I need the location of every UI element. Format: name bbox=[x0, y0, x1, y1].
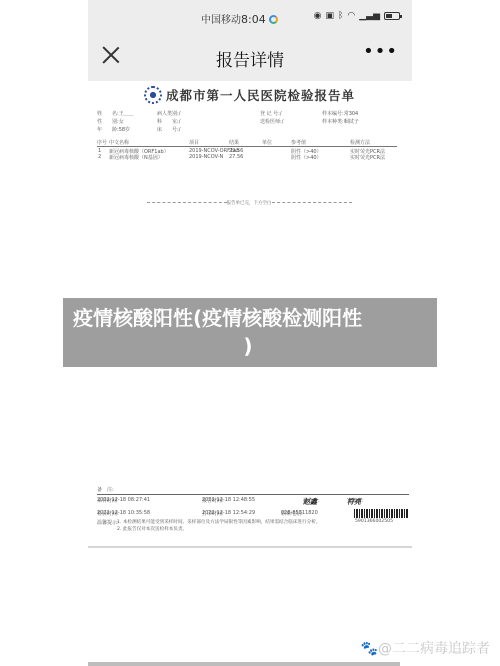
barcode-number: 5901366002505 bbox=[355, 519, 393, 524]
results-table: 序号 中文名称 项目 结果 单位 参考值 检测方法 1 新冠病毒核酸（ORF1a… bbox=[97, 139, 397, 161]
wifi-icon: ◠ bbox=[347, 11, 355, 21]
sample-type: 咽拭子 bbox=[344, 119, 359, 125]
more-options-icon[interactable]: ••• bbox=[363, 47, 398, 57]
reference-value: 阴性（>40） bbox=[291, 154, 322, 161]
bed-no: / bbox=[179, 127, 181, 133]
column-header: 序号 bbox=[97, 139, 107, 146]
info-label: 姓 名: bbox=[97, 111, 119, 117]
dashed-divider bbox=[272, 202, 352, 203]
referring-doctor: / bbox=[282, 119, 284, 125]
column-header: 项目 bbox=[189, 139, 199, 146]
title-line-1: 疫情核酸阳性(疫情核酸检测阳性 bbox=[73, 306, 362, 330]
info-label: 病人类别: bbox=[157, 111, 179, 117]
info-label: 样本编号: bbox=[322, 111, 344, 117]
reviewer-signature: 符亮 bbox=[347, 497, 361, 507]
clock: 8:04 bbox=[241, 13, 266, 26]
signal-icon: ▁▃▅ bbox=[359, 11, 380, 21]
phone-number: 028-85311820 bbox=[281, 510, 318, 516]
report-end-notice: 报告单已完，下方空白 bbox=[136, 200, 362, 206]
info-label: 样本种类: bbox=[322, 119, 344, 125]
report-time: 2022-12-18 12:48:55 bbox=[202, 497, 255, 503]
sample-time: 2022-12-18 08:27:41 bbox=[97, 497, 150, 503]
hospital-name: 成都市第一人民医院检验报告单 bbox=[166, 86, 355, 104]
status-icons: ◉ ▣ ᛒ ◠ ▁▃▅ bbox=[314, 11, 400, 21]
table-header: 序号 中文名称 项目 结果 单位 参考值 检测方法 bbox=[97, 139, 397, 147]
info-row: 姓 名:王＿＿ 病人类别:/ 登 记 号:/ 样本编号:常304 bbox=[97, 110, 407, 118]
test-code: 2019-NCOV-N bbox=[189, 154, 223, 160]
reminder-1: 1. 本检测结果可能受到采样时间、采样部位及方法学局限性等因素影响，结果需结合临… bbox=[117, 519, 320, 525]
info-label: 登 记 号: bbox=[260, 111, 280, 117]
app-notification-icon bbox=[269, 15, 278, 24]
carrier-label: 中国移动 bbox=[201, 15, 241, 26]
info-label: 科 室: bbox=[157, 119, 179, 125]
bottom-divider bbox=[88, 662, 400, 666]
nav-bar: 报告详情 ••• bbox=[88, 34, 412, 81]
eye-icon: ◉ bbox=[314, 11, 322, 21]
divider bbox=[88, 546, 412, 548]
info-label: 送检医师: bbox=[260, 119, 282, 125]
report-header: 成都市第一人民医院检验报告单 bbox=[88, 81, 412, 105]
column-header: 单位 bbox=[262, 139, 272, 146]
end-notice-text: 报告单已完，下方空白 bbox=[227, 201, 272, 206]
test-result: 27.56 bbox=[229, 154, 243, 160]
lab-report: 成都市第一人民医院检验报告单 姓 名:王＿＿ 病人类别:/ 登 记 号:/ 样本… bbox=[88, 81, 412, 105]
table-row: 2 新冠病毒核酸（N基因） 2019-NCOV-N 27.56 阴性（>40） … bbox=[97, 154, 397, 161]
info-row: 年 龄:58岁 床 号:/ bbox=[97, 126, 407, 134]
article-title-overlay: 疫情核酸阳性(疫情核酸检测阳性 ) bbox=[63, 298, 437, 367]
info-label: 床 号: bbox=[157, 127, 179, 133]
battery-icon bbox=[384, 12, 400, 20]
column-header: 结果 bbox=[229, 139, 239, 146]
title-line-2: ) bbox=[73, 332, 423, 360]
status-bar: 中国移动8:04 ◉ ▣ ᛒ ◠ ▁▃▅ bbox=[88, 0, 412, 34]
info-label: 性 别: bbox=[97, 119, 119, 125]
sample-no: 常304 bbox=[344, 111, 359, 117]
patient-category: / bbox=[179, 111, 181, 117]
test-method: 实时荧光PCR法 bbox=[350, 154, 385, 161]
info-label: 年 龄: bbox=[97, 127, 119, 133]
department: / bbox=[179, 119, 181, 125]
reminder-label: 温馨提示: bbox=[97, 519, 119, 526]
dashed-divider bbox=[147, 202, 227, 203]
test-name: 新冠病毒核酸（N基因） bbox=[109, 154, 163, 161]
patient-sex: 女 bbox=[119, 119, 124, 125]
carrier-time: 中国移动8:04 bbox=[201, 11, 278, 26]
column-header: 中文名称 bbox=[109, 139, 129, 146]
hospital-logo-icon bbox=[144, 86, 162, 104]
operator-signature: 赵鑫 bbox=[303, 497, 317, 507]
divider bbox=[97, 494, 409, 495]
table-row: 1 新冠病毒核酸（ORF1ab） 2019-NCOV-ORF1ab 29.56 … bbox=[97, 147, 397, 154]
column-header: 参考值 bbox=[291, 139, 306, 146]
bluetooth-icon: ᛒ bbox=[338, 11, 343, 21]
info-row: 性 别:女 科 室:/ 送检医师:/ 样本种类:咽拭子 bbox=[97, 118, 407, 126]
row-index: 2 bbox=[98, 154, 101, 160]
reminder-2: 2. 此报告仅对本次送检样本负责。 bbox=[117, 526, 187, 532]
nfc-icon: ▣ bbox=[325, 11, 334, 21]
column-header: 检测方法 bbox=[350, 139, 370, 146]
patient-age: 58岁 bbox=[119, 127, 130, 133]
test-time: 2022-12-18 10:35:58 bbox=[97, 510, 150, 516]
watermark: 🐾@二二病毒追踪者 bbox=[361, 638, 490, 658]
barcode bbox=[354, 509, 409, 518]
article-title: 疫情核酸阳性(疫情核酸检测阳性 ) bbox=[73, 304, 423, 360]
registration-no: / bbox=[280, 111, 282, 117]
remarks-label: 备 注: bbox=[97, 486, 114, 493]
print-time: 2022-12-18 12:54:29 bbox=[202, 510, 255, 516]
patient-name: 王＿＿ bbox=[119, 111, 134, 117]
